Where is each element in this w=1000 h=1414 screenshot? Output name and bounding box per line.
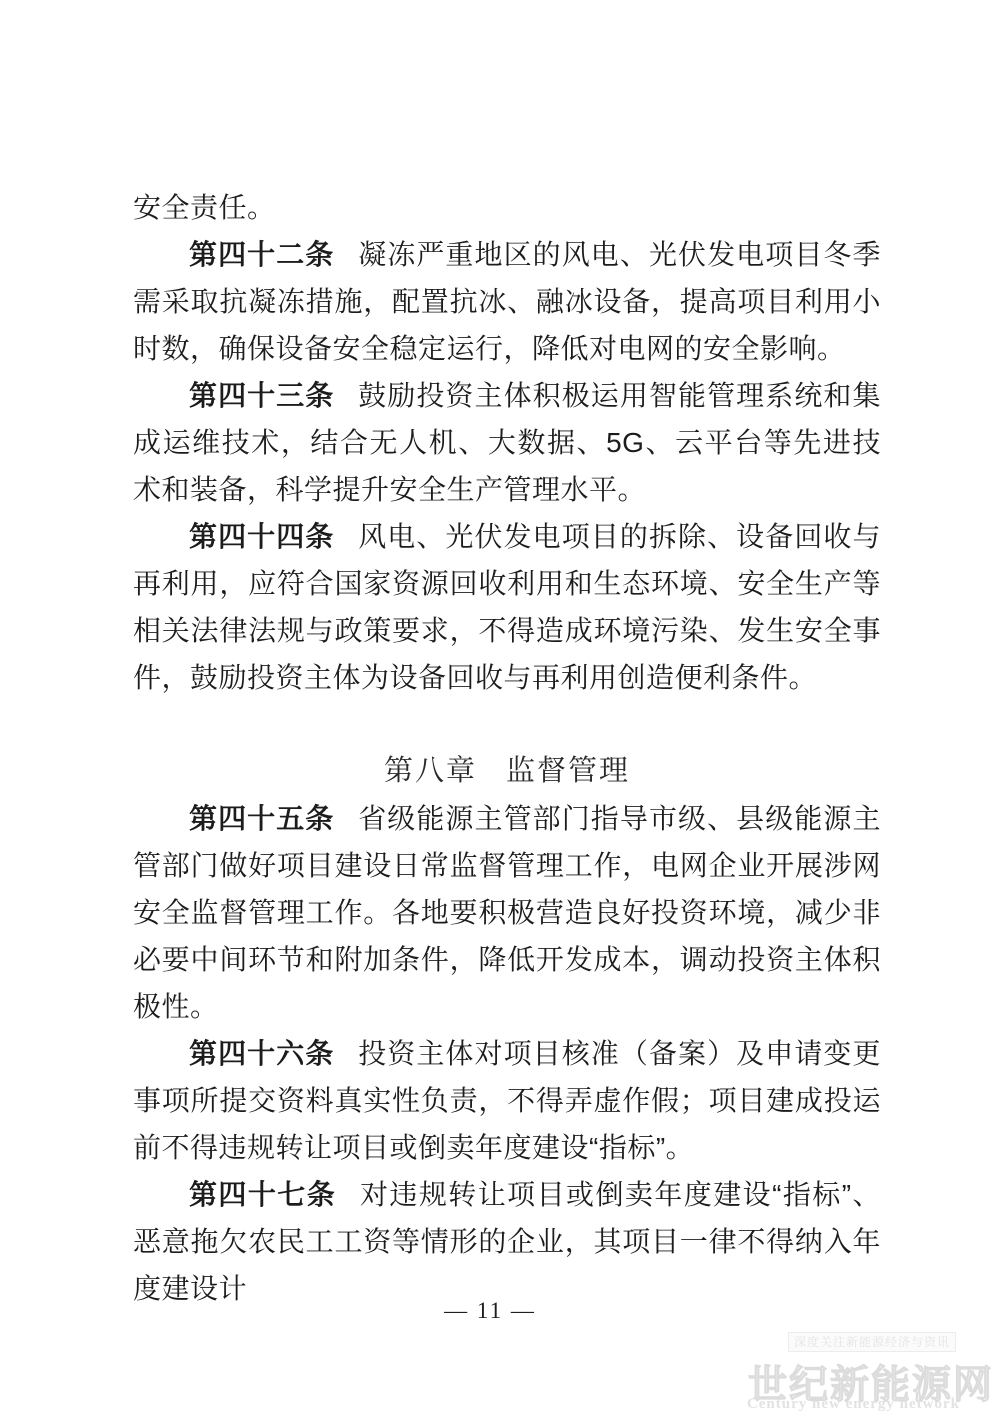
paragraph-article-42: 第四十二条凝冻严重地区的风电、光伏发电项目冬季需采取抗凝冻措施，配置抗冰、融冰设… [133,231,881,372]
paragraph-text: 省级能源主管部门指导市级、县级能源主管部门做好项目建设日常监督管理工作，电网企业… [133,803,881,1022]
paragraph-article-45: 第四十五条省级能源主管部门指导市级、县级能源主管部门做好项目建设日常监督管理工作… [133,795,881,1030]
article-label: 第四十三条 [189,380,334,411]
paragraph-text: 安全责任。 [133,192,276,223]
paragraph-article-47: 第四十七条对违规转让项目或倒卖年度建设“指标”、恶意拖欠农民工工资等情形的企业，… [133,1171,881,1312]
article-label: 第四十五条 [189,803,334,834]
article-label: 第四十四条 [189,521,334,552]
paragraph-article-44: 第四十四条风电、光伏发电项目的拆除、设备回收与再利用，应符合国家资源回收利用和生… [133,513,881,701]
paragraph-article-43: 第四十三条鼓励投资主体积极运用智能管理系统和集成运维技术，结合无人机、大数据、5… [133,372,881,513]
paragraph-continuation: 安全责任。 [133,184,881,231]
watermark-tagline: 深度关注新能源经济与资讯 [788,1332,956,1352]
watermark: 深度关注新能源经济与资讯 世纪新能源网 Century new energy n… [750,1326,1000,1414]
chapter-title: 监督管理 [506,755,630,787]
article-label: 第四十七条 [189,1179,336,1210]
watermark-subtitle: Century new energy network [747,1396,960,1413]
chapter-heading: 第八章监督管理 [133,748,881,795]
paragraph-article-46: 第四十六条投资主体对项目核准（备案）及申请变更事项所提交资料真实性负责，不得弄虚… [133,1030,881,1171]
document-page: 安全责任。 第四十二条凝冻严重地区的风电、光伏发电项目冬季需采取抗凝冻措施，配置… [0,0,1000,1414]
article-label: 第四十二条 [189,239,334,270]
page-number: — 11 — [0,1298,980,1324]
chapter-number: 第八章 [384,755,477,787]
article-label: 第四十六条 [189,1038,334,1069]
document-body: 安全责任。 第四十二条凝冻严重地区的风电、光伏发电项目冬季需采取抗凝冻措施，配置… [133,184,881,1312]
